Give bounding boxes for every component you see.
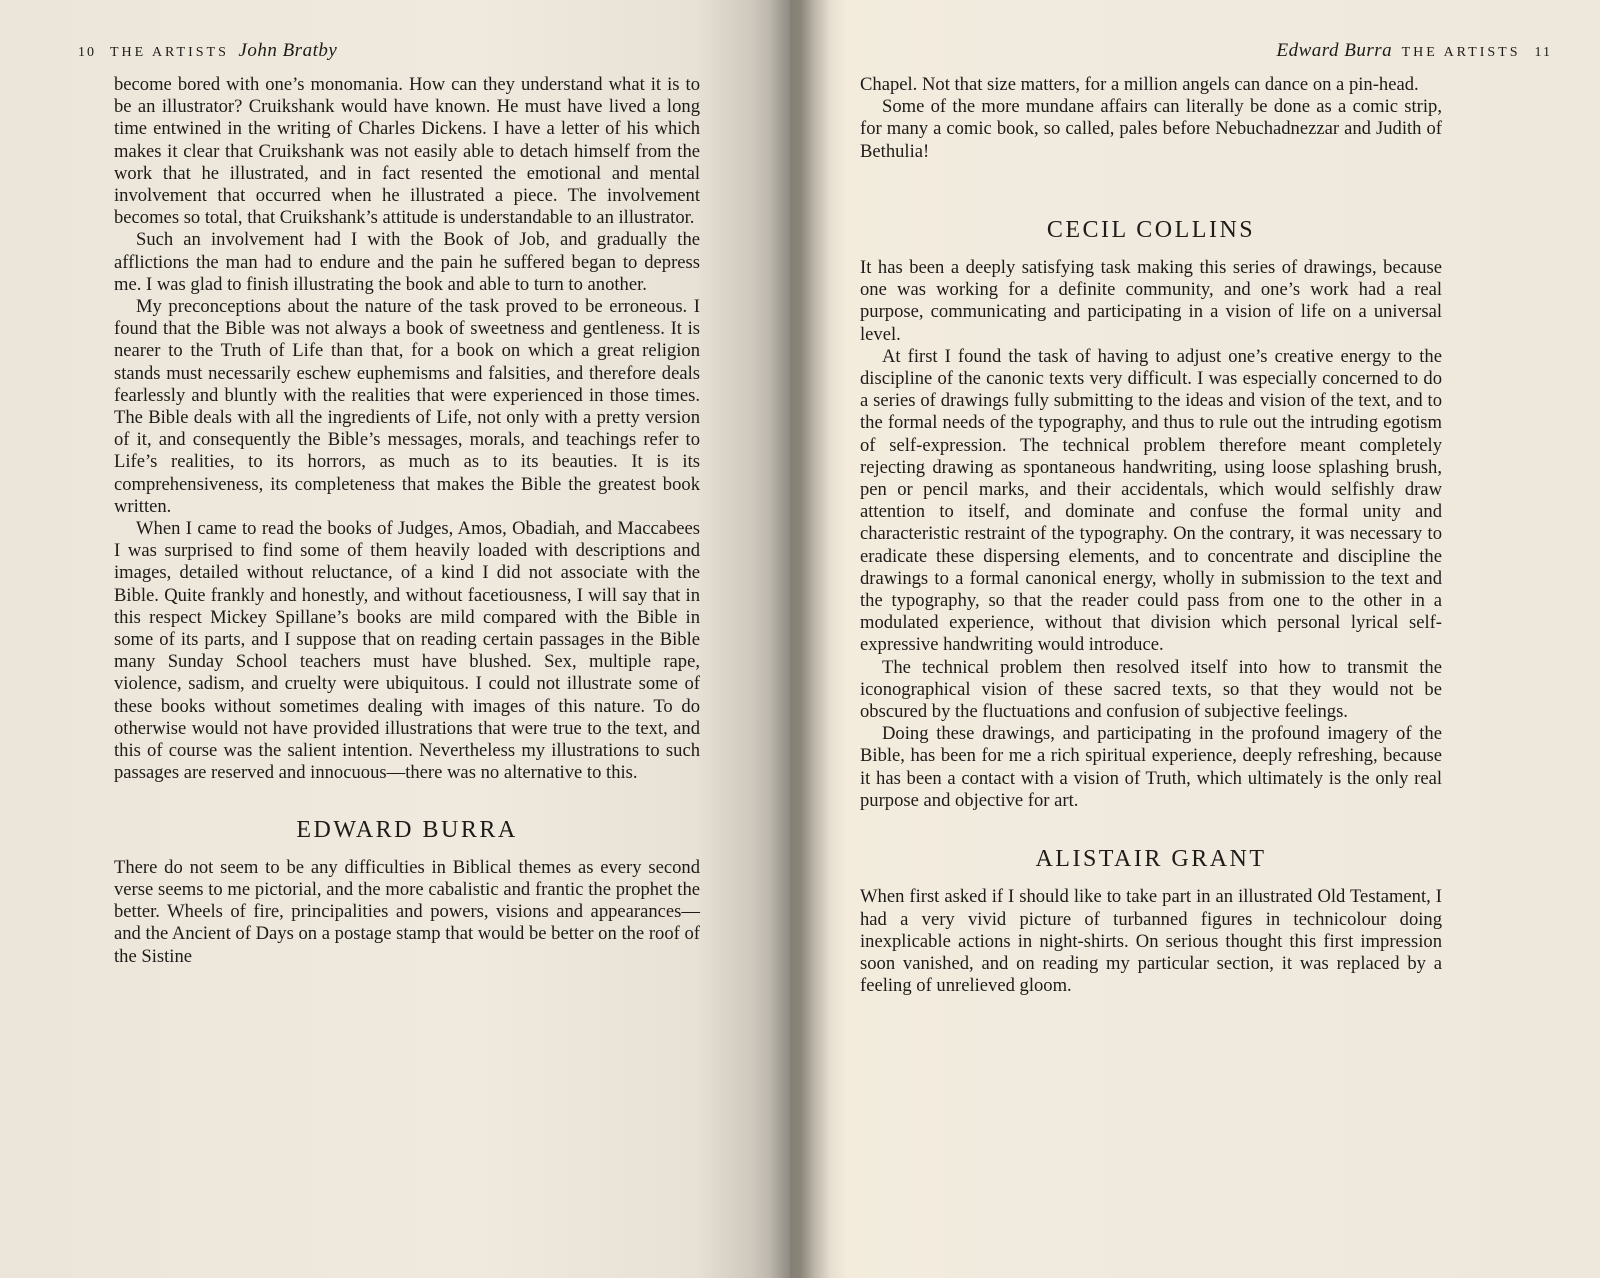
right-page: Edward Burra THE ARTISTS11 Chapel. Not t… [790,0,1600,1278]
paragraph: When I came to read the books of Judges,… [114,518,700,784]
right-text-block: Chapel. Not that size matters, for a mil… [860,74,1442,997]
paragraph: The technical problem then resolved itse… [860,657,1442,724]
paragraph: When first asked if I should like to tak… [860,886,1442,997]
paragraph: At first I found the task of having to a… [860,346,1442,657]
paragraph: Doing these drawings, and participating … [860,723,1442,812]
running-head-section: THE ARTISTS [110,45,229,60]
page-number: 11 [1535,45,1552,60]
paragraph: Chapel. Not that size matters, for a mil… [860,74,1442,96]
paragraph: My preconceptions about the nature of th… [114,296,700,518]
left-text-block: become bored with one’s monomania. How c… [114,74,700,968]
paragraph: Some of the more mundane affairs can lit… [860,96,1442,163]
running-head-artist: Edward Burra [1277,40,1393,61]
section-heading-edward-burra: EDWARD BURRA [114,819,700,841]
running-head-left: 10THE ARTISTS John Bratby [78,40,337,62]
book-spread: 10THE ARTISTS John Bratby become bored w… [0,0,1600,1278]
running-head-artist: John Bratby [238,40,337,61]
section-heading-cecil-collins: CECIL COLLINS [860,219,1442,241]
paragraph: become bored with one’s monomania. How c… [114,74,700,229]
running-head-right: Edward Burra THE ARTISTS11 [1277,40,1553,62]
section-heading-alistair-grant: ALISTAIR GRANT [860,848,1442,870]
paragraph: There do not seem to be any difficulties… [114,857,700,968]
page-number: 10 [78,45,96,60]
running-head-section: THE ARTISTS [1402,45,1521,60]
paragraph: Such an involvement had I with the Book … [114,229,700,296]
paragraph: It has been a deeply satisfying task mak… [860,257,1442,346]
left-page: 10THE ARTISTS John Bratby become bored w… [0,0,790,1278]
